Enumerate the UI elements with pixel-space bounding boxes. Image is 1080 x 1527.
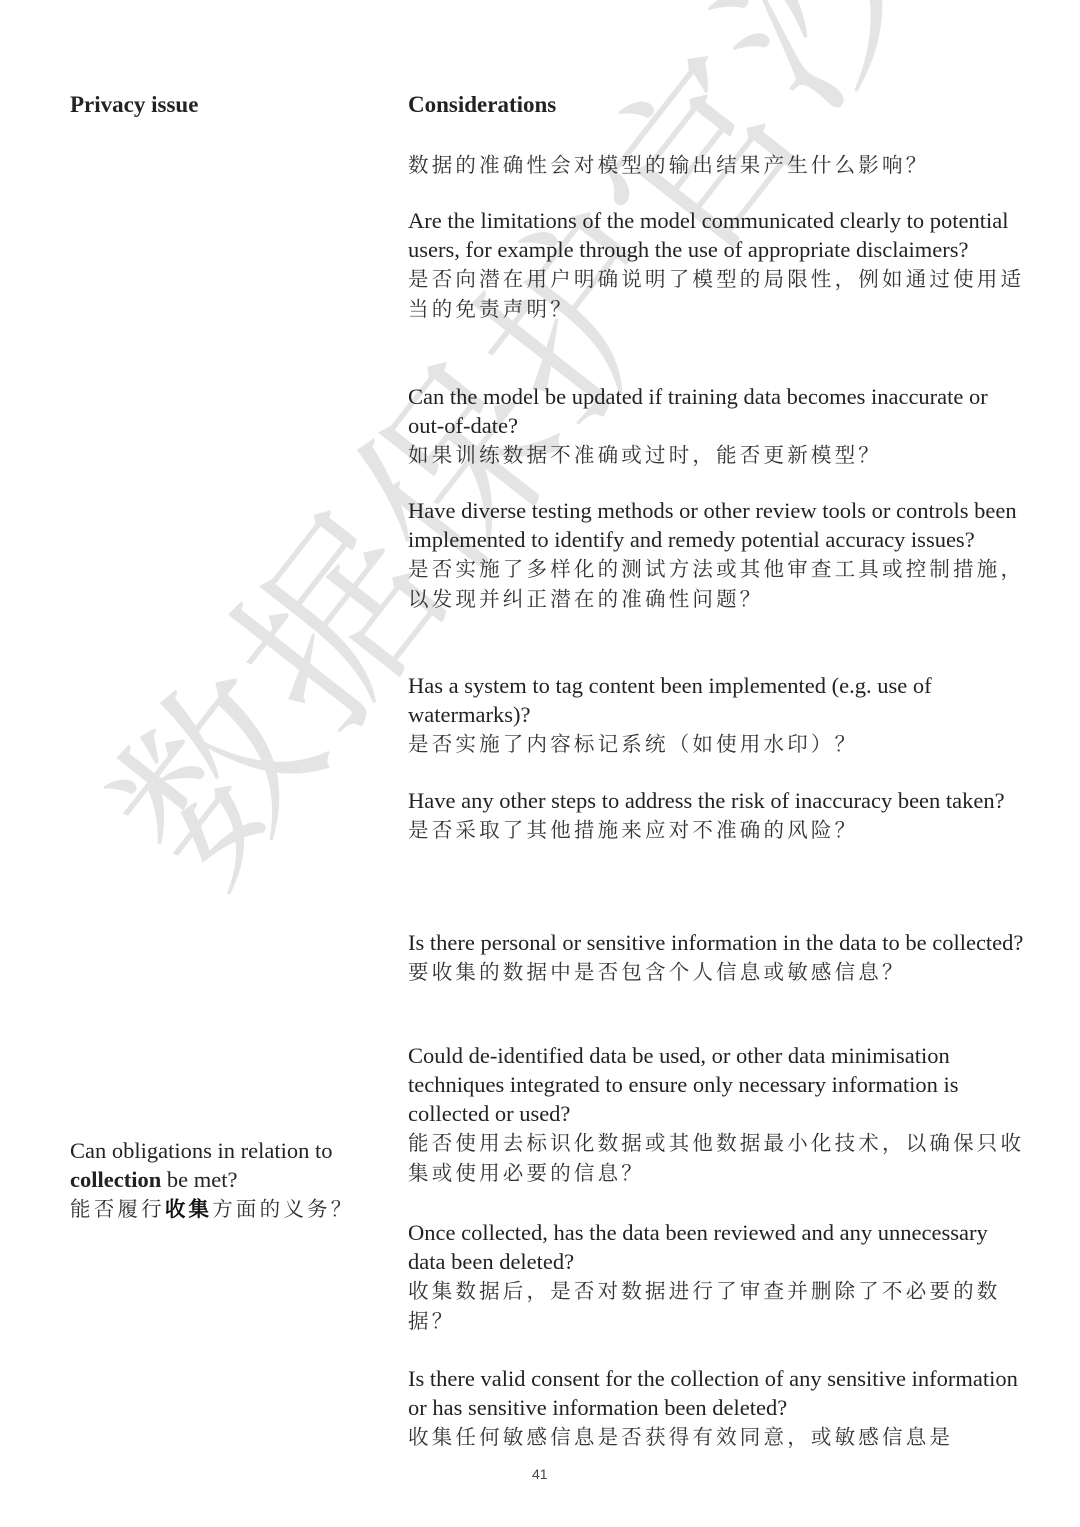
issue-en-bold: collection xyxy=(70,1167,161,1192)
issue-zh-bold: 收集 xyxy=(165,1197,212,1221)
issue-zh-text-after: 方面的义务？ xyxy=(212,1197,354,1221)
consideration-zh: 数据的准确性会对模型的输出结果产生什么影响？ xyxy=(408,150,1028,180)
consideration-zh: 如果训练数据不准确或过时，能否更新模型？ xyxy=(408,440,1028,470)
consideration-en: Is there valid consent for the collectio… xyxy=(408,1364,1028,1422)
consideration-item: Have diverse testing methods or other re… xyxy=(408,496,1028,614)
consideration-en: Has a system to tag content been impleme… xyxy=(408,671,1028,729)
consideration-zh: 要收集的数据中是否包含个人信息或敏感信息？ xyxy=(408,957,1028,987)
page-number: 41 xyxy=(532,1466,548,1482)
consideration-item: Is there valid consent for the collectio… xyxy=(408,1364,1028,1452)
issue-en: Can obligations in relation tocollection… xyxy=(70,1136,390,1194)
consideration-item: Have any other steps to address the risk… xyxy=(408,786,1028,845)
consideration-item: Could de-identified data be used, or oth… xyxy=(408,1041,1028,1188)
issue-zh: 能否履行收集方面的义务？ xyxy=(70,1194,390,1224)
consideration-zh: 是否向潜在用户明确说明了模型的局限性，例如通过使用适当的免责声明？ xyxy=(408,264,1028,324)
consideration-item: 数据的准确性会对模型的输出结果产生什么影响？ xyxy=(408,150,1028,180)
consideration-zh: 能否使用去标识化数据或其他数据最小化技术，以确保只收集或使用必要的信息？ xyxy=(408,1128,1028,1188)
consideration-item: Are the limitations of the model communi… xyxy=(408,206,1028,324)
consideration-en: Once collected, has the data been review… xyxy=(408,1218,1028,1276)
consideration-zh: 是否采取了其他措施来应对不准确的风险？ xyxy=(408,815,1028,845)
consideration-zh: 收集数据后，是否对数据进行了审查并删除了不必要的数据？ xyxy=(408,1276,1028,1336)
column-header-privacy-issue: Privacy issue xyxy=(70,92,198,118)
consideration-item: Can the model be updated if training dat… xyxy=(408,382,1028,470)
issue-en-text-after: be met? xyxy=(161,1167,237,1192)
consideration-en: Are the limitations of the model communi… xyxy=(408,206,1028,264)
consideration-zh: 是否实施了内容标记系统（如使用水印）？ xyxy=(408,729,1028,759)
consideration-item: Has a system to tag content been impleme… xyxy=(408,671,1028,759)
consideration-zh: 收集任何敏感信息是否获得有效同意，或敏感信息是 xyxy=(408,1422,1028,1452)
consideration-item: Is there personal or sensitive informati… xyxy=(408,928,1028,987)
privacy-issue-collection: Can obligations in relation tocollection… xyxy=(70,1136,390,1224)
consideration-en: Is there personal or sensitive informati… xyxy=(408,928,1028,957)
issue-en-text: Can obligations in relation to xyxy=(70,1138,332,1163)
consideration-zh: 是否实施了多样化的测试方法或其他审查工具或控制措施，以发现并纠正潜在的准确性问题… xyxy=(408,554,1028,614)
consideration-en: Could de-identified data be used, or oth… xyxy=(408,1041,1028,1128)
consideration-en: Can the model be updated if training dat… xyxy=(408,382,1028,440)
consideration-item: Once collected, has the data been review… xyxy=(408,1218,1028,1336)
issue-zh-text: 能否履行 xyxy=(70,1197,165,1221)
column-header-considerations: Considerations xyxy=(408,92,556,118)
consideration-en: Have any other steps to address the risk… xyxy=(408,786,1028,815)
consideration-en: Have diverse testing methods or other re… xyxy=(408,496,1028,554)
